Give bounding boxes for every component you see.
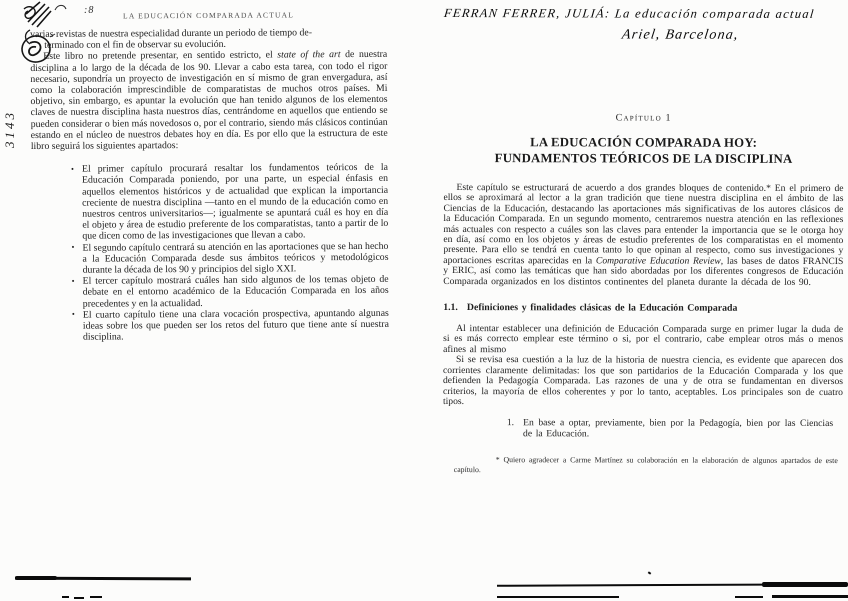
chapter-title-line: LA EDUCACIÓN COMPARADA HOY: (444, 135, 844, 152)
scan-artifact-mark (74, 597, 84, 599)
body-paragraph: Al intentar establecer una definición de… (443, 324, 843, 356)
scan-artifact-mark (62, 596, 69, 598)
bullet-item: • El primer capítulo procurará resaltar … (71, 162, 388, 242)
left-page: LA EDUCACIÓN COMPARADA ACTUAL varias rev… (30, 10, 389, 344)
section-title: Definiciones y finalidades clásicas de l… (467, 302, 738, 314)
numbered-list-item: 1. En base a optar, previamente, bien po… (443, 418, 843, 440)
right-page: FERRAN FERRER, JULIÁ: La educación compa… (443, 0, 844, 475)
list-item-number: 1. (507, 418, 514, 439)
bullet-list: • El primer capítulo procurará resaltar … (31, 162, 389, 343)
bullet-text: El tercer capítulo mostrará cuáles han s… (83, 274, 389, 309)
body-paragraph: Si se revisa esa cuestión a la luz de la… (443, 355, 843, 408)
bullet-text: El segundo capítulo centrará su atención… (82, 240, 388, 275)
scan-artifact-line (735, 596, 763, 598)
bullet-item: • El segundo capítulo centrará su atenci… (71, 240, 388, 276)
paragraph-text: Este capítulo se estructurará de acuerdo… (443, 182, 843, 266)
paragraph-text: de nuestra disciplina a lo largo de la d… (30, 49, 387, 152)
chapter-title-line: FUNDAMENTOS TEÓRICOS DE LA DISCIPLINA (444, 150, 844, 167)
bullet-icon: • (71, 163, 74, 174)
bullet-icon: • (72, 275, 75, 286)
bullet-item: • El cuarto capítulo tiene una clara voc… (72, 308, 389, 344)
body-paragraph: Este libro no pretende presentar, en sen… (30, 49, 388, 152)
list-item-text: En base a optar, previamente, bien por l… (523, 419, 833, 441)
chapter-title: LA EDUCACIÓN COMPARADA HOY: FUNDAMENTOS … (444, 135, 844, 167)
bullet-text: El primer capítulo procurará resaltar lo… (82, 162, 388, 242)
scan-artifact-line (15, 576, 57, 580)
section-number: 1.1. (443, 302, 458, 313)
footnote: * Quiero agradecer a Carme Martínez su c… (454, 455, 838, 475)
scanned-book-spread: :8 3143 LA EDUCACIÓN COMPARADA ACTUAL va… (0, 0, 848, 601)
handwritten-citation: FERRAN FERRER, JULIÁ: La educación compa… (443, 6, 848, 22)
bullet-icon: • (71, 242, 74, 253)
running-header: LA EDUCACIÓN COMPARADA ACTUAL (30, 10, 387, 21)
scan-artifact-mark (90, 596, 102, 598)
scan-artifact-line (497, 596, 619, 598)
scan-artifact-line (772, 595, 848, 598)
chapter-label: Capítulo 1 (444, 112, 844, 124)
body-paragraph: Este capítulo se estructurará de acuerdo… (443, 183, 843, 288)
handwritten-publisher: Ariel, Barcelona, (621, 27, 740, 43)
section-heading: 1.1.Definiciones y finalidades clásicas … (443, 302, 843, 314)
bullet-item: • El tercer capítulo mostrará cuáles han… (72, 274, 389, 310)
bullet-text: El cuarto capítulo tiene una clara vocac… (83, 308, 389, 343)
bullet-icon: • (72, 309, 75, 320)
italic-phrase: state of the art (277, 50, 340, 61)
scan-artifact-mark (648, 571, 652, 574)
handwritten-margin-number: 3143 (2, 84, 24, 148)
scan-artifact-line (762, 582, 848, 587)
